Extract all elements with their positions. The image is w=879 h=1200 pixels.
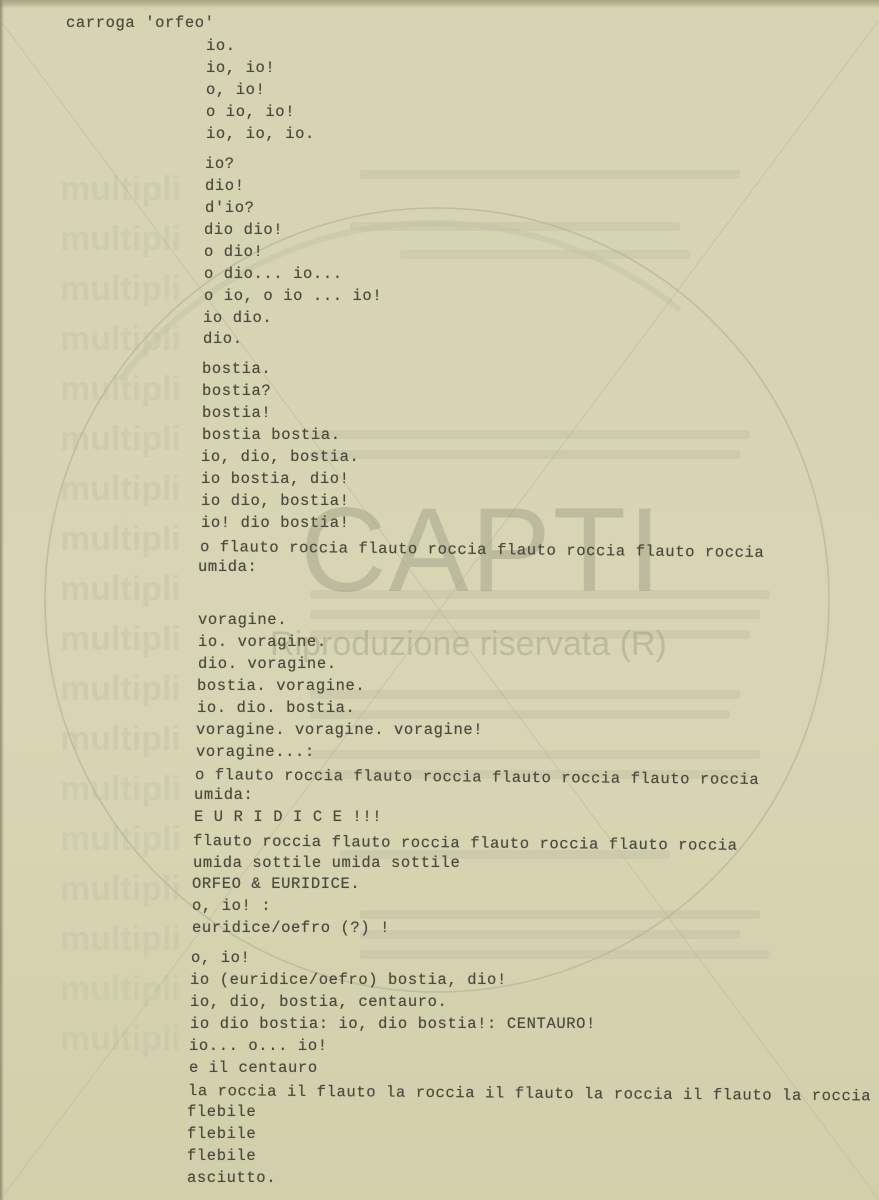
poem-title: carroga 'orfeo' xyxy=(66,14,215,32)
verse-line: euridice/oefro (?) ! xyxy=(192,919,390,937)
verse-line: o flauto roccia flauto roccia flauto roc… xyxy=(195,766,760,789)
paper-sheet: multipli multipli multipli multipli mult… xyxy=(0,0,879,1200)
verse-line: io, dio, bostia, centauro. xyxy=(190,993,447,1011)
verse-line: io? xyxy=(205,155,235,173)
verse-line: io dio bostia: io, dio bostia!: CENTAURO… xyxy=(190,1015,596,1033)
verse-line: e il centauro xyxy=(189,1059,318,1077)
verse-line: o, io! xyxy=(206,81,265,99)
typewritten-poem: carroga 'orfeo' io. io, io! o, io! o io,… xyxy=(0,0,879,1200)
verse-line: o, io! : xyxy=(192,897,271,915)
verse-line: d'io? xyxy=(205,199,255,217)
verse-line: io, io! xyxy=(206,59,275,77)
verse-line: io. xyxy=(206,37,236,55)
verse-line: voragine. xyxy=(198,611,287,629)
verse-line: umida sottile umida sottile xyxy=(193,854,460,872)
verse-line: dio! xyxy=(205,177,245,195)
verse-line: o dio... io... xyxy=(204,265,343,283)
verse-line: io bostia, dio! xyxy=(201,470,350,488)
verse-line: o io, io! xyxy=(206,103,295,121)
verse-line: bostia. xyxy=(202,360,271,378)
verse-line: io, io, io. xyxy=(206,125,315,143)
verse-line: dio. xyxy=(203,330,243,348)
verse-line: io. dio. bostia. xyxy=(197,699,355,717)
verse-line: io! dio bostia! xyxy=(201,514,350,532)
verse-line: o io, o io ... io! xyxy=(204,287,382,305)
verse-line: flebile xyxy=(187,1103,256,1121)
verse-line: flebile xyxy=(187,1147,256,1165)
verse-line: io, dio, bostia. xyxy=(201,448,359,466)
verse-line: ORFEO & EURIDICE. xyxy=(192,875,360,893)
verse-line: flauto roccia flauto roccia flauto rocci… xyxy=(193,832,738,855)
verse-line: o flauto roccia flauto roccia flauto roc… xyxy=(200,538,765,562)
verse-line: io. voragine. xyxy=(198,633,327,651)
verse-line: o, io! xyxy=(191,949,250,967)
verse-line: umida: xyxy=(194,786,253,804)
verse-line: umida: xyxy=(198,558,257,576)
verse-line: la roccia il flauto la roccia il flauto … xyxy=(188,1082,871,1105)
verse-line: bostia! xyxy=(202,404,271,422)
verse-line: bostia bostia. xyxy=(202,426,341,444)
verse-line: E U R I D I C E !!! xyxy=(194,808,382,826)
verse-line: io dio, bostia! xyxy=(201,492,350,510)
verse-line: asciutto. xyxy=(187,1169,276,1187)
verse-line: bostia. voragine. xyxy=(197,677,365,695)
verse-line: io... o... io! xyxy=(189,1037,328,1055)
verse-line: voragine. voragine. voragine! xyxy=(196,721,483,739)
verse-line: o dio! xyxy=(204,243,263,261)
verse-line: dio. voragine. xyxy=(198,655,337,673)
verse-line: io (euridice/oefro) bostia, dio! xyxy=(190,971,507,989)
verse-line: voragine...: xyxy=(196,743,315,761)
verse-line: io dio. xyxy=(203,309,272,327)
verse-line: flebile xyxy=(187,1125,256,1143)
verse-line: dio dio! xyxy=(204,221,283,239)
verse-line: bostia? xyxy=(202,382,271,400)
